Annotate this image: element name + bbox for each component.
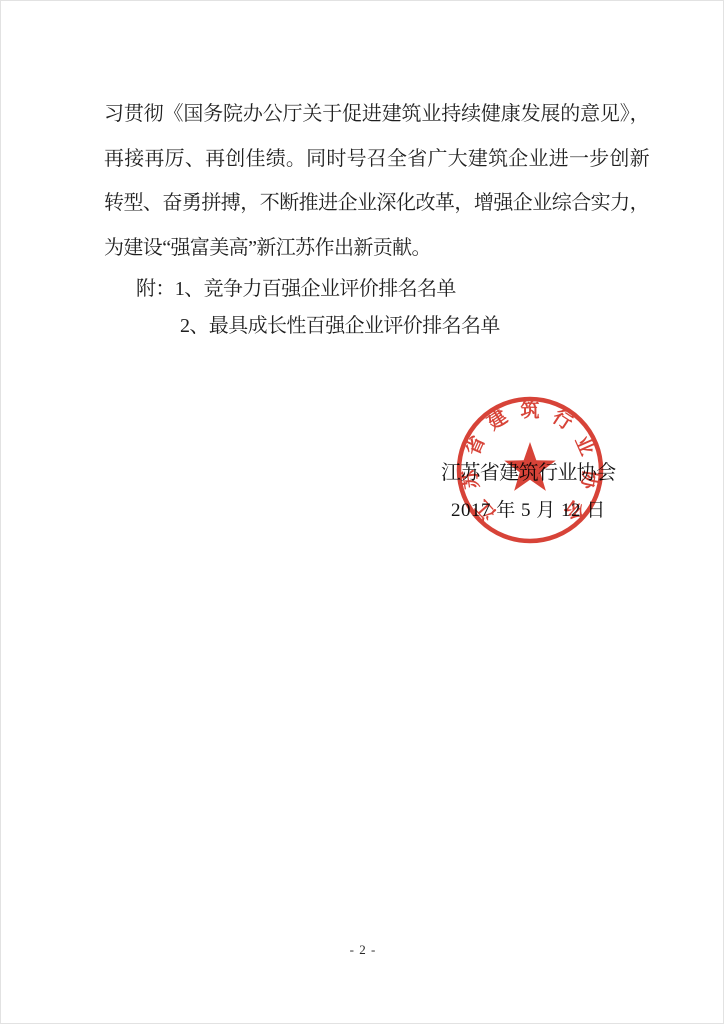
body-line: 转型、奋勇拼搏，不断推进企业深化改革，增强企业综合实力， [104, 181, 649, 226]
attachment-line: 2、最具成长性百强企业评价排名名单 [104, 308, 649, 346]
document-page: 习贯彻《国务院办公厅关于促进建筑业持续健康发展的意见》， 再接再厉、再创佳绩。同… [0, 0, 724, 1024]
page-number: - 2 - [1, 942, 724, 958]
seal-arc-char: 建 [483, 405, 511, 435]
signature-date: 2017 年 5 月 12 日 [451, 495, 606, 522]
seal-arc-char: 行 [548, 405, 576, 435]
body-line: 再接再厉、再创佳绩。同时号召全省广大建筑企业进一步创新 [104, 137, 649, 182]
document-body: 习贯彻《国务院办公厅关于促进建筑业持续健康发展的意见》， 再接再厉、再创佳绩。同… [104, 92, 649, 346]
seal-arc-char: 筑 [520, 399, 539, 422]
seal-arc-char: 省 [461, 432, 490, 459]
signature-organization: 江苏省建筑行业协会 [441, 456, 616, 485]
body-line: 习贯彻《国务院办公厅关于促进建筑业持续健康发展的意见》， [104, 92, 649, 137]
attachment-line: 附：1、竞争力百强企业评价排名名单 [104, 271, 649, 309]
body-line: 为建设“强富美高”新江苏作出新贡献。 [104, 226, 649, 271]
seal-arc-char: 业 [570, 433, 598, 459]
